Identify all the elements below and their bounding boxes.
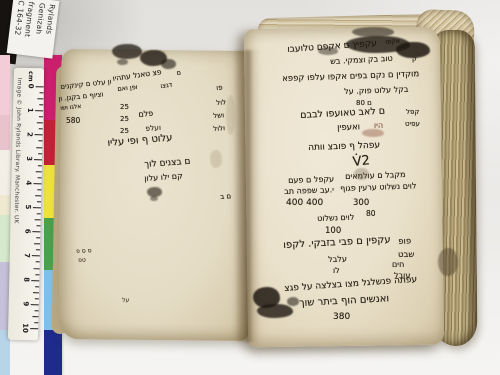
- ink-blot: [257, 304, 293, 318]
- ink-blot-layer: [0, 0, 500, 375]
- ink-blot: [161, 59, 176, 69]
- ink-blot: [362, 129, 384, 137]
- ink-blot: [112, 44, 142, 59]
- ink-blot: [396, 42, 430, 58]
- ink-blot: [287, 297, 299, 306]
- ink-blot: [210, 150, 222, 168]
- ink-blot: [438, 248, 458, 276]
- photo-of-genizah-manuscript: RylandsGenizahfragmentC 164-32 cm 0 Imag…: [0, 0, 500, 375]
- ink-blot: [318, 47, 338, 55]
- ink-blot: [354, 168, 369, 180]
- ink-blot: [150, 196, 158, 201]
- ink-blot: [117, 59, 128, 65]
- ink-blot: [226, 95, 235, 135]
